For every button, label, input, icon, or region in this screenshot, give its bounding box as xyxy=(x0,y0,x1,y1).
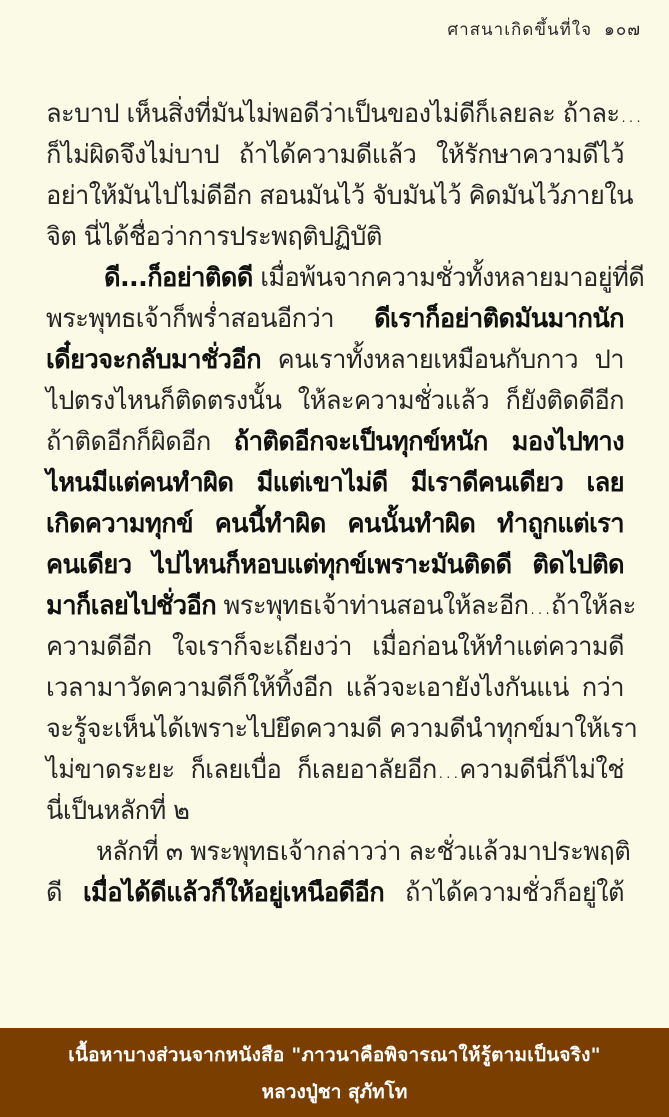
text-segment: หลักที่ ๓ พระพุทธเจ้ากล่าวว่า ละชั่วแล้ว… xyxy=(96,837,630,867)
text-line: เกิดความทุกข์ คนนี้ทำผิด คนนั้นทำผิด ทำถ… xyxy=(46,504,624,545)
book-page: ศาสนาเกิดขึ้นที่ใจ๑๐๗ ละบาป เห็นสิ่งที่ม… xyxy=(0,0,669,1028)
text-line: ไม่ขาดระยะ ก็เลยเบื่อ ก็เลยอาลัยอีก...คว… xyxy=(46,750,624,791)
text-line: หลักที่ ๓ พระพุทธเจ้ากล่าวว่า ละชั่วแล้ว… xyxy=(46,832,624,873)
emphasized-text: เกิดความทุกข์ คนนี้ทำผิด คนนั้นทำผิด ทำถ… xyxy=(46,509,624,539)
emphasized-text: ดี...ก็อย่าติดดี xyxy=(104,263,253,293)
text-line: ดี เมื่อได้ดีแล้วก็ให้อยู่เหนือดีอีก ถ้า… xyxy=(46,873,624,914)
text-line: เดี๋ยวจะกลับมาชั่วอีก คนเราทั้งหลายเหมือ… xyxy=(46,340,624,381)
text-line: ความดีอีก ใจเราก็จะเถียงว่า เมื่อก่อนให้… xyxy=(46,627,624,668)
text-line: ถ้าติดอีกก็ผิดอีก ถ้าติดอีกจะเป็นทุกข์หน… xyxy=(46,422,624,463)
text-line: มาก็เลยไปชั่วอีก พระพุทธเจ้าท่านสอนให้ละ… xyxy=(46,586,624,627)
text-segment: เวลามาวัดความดีก็ให้ทิ้งอีก แล้วจะเอายัง… xyxy=(46,673,624,703)
chapter-title: ศาสนาเกิดขึ้นที่ใจ xyxy=(447,20,592,40)
page-number: ๑๐๗ xyxy=(604,20,641,40)
text-line: ก็ไม่ผิดจึงไม่บาป ถ้าได้ความดีแล้ว ให้รั… xyxy=(46,135,624,176)
text-line: พระพุทธเจ้าก็พร่ำสอนอีกว่า ดีเราก็อย่าติ… xyxy=(46,299,624,340)
text-segment: ดี xyxy=(46,878,83,908)
source-book-title: เนื้อหาบางส่วนจากหนังสือ "ภาวนาคือพิจารณ… xyxy=(0,1040,669,1070)
text-segment: ก็ไม่ผิดจึงไม่บาป ถ้าได้ความดีแล้ว ให้รั… xyxy=(46,140,624,170)
emphasized-text: ถ้าติดอีกจะเป็นทุกข์หนัก มองไปทาง xyxy=(234,427,624,457)
emphasized-text: ดีเราก็อย่าติดมันมากนัก xyxy=(374,304,624,334)
source-banner: เนื้อหาบางส่วนจากหนังสือ "ภาวนาคือพิจารณ… xyxy=(0,1028,669,1117)
text-segment: อย่าให้มันไปไม่ดีอีก สอนมันไว้ จับมันไว้… xyxy=(46,181,633,211)
text-segment: ถ้าได้ความชั่วก็อยู่ใต้ xyxy=(384,878,624,908)
text-segment: จิต นี่ได้ชื่อว่าการประพฤติปฏิบัติ xyxy=(46,222,382,252)
text-line: ไปตรงไหนก็ติดตรงนั้น ให้ละความชั่วแล้ว ก… xyxy=(46,381,624,422)
emphasized-text: มาก็เลยไปชั่วอีก xyxy=(46,591,216,621)
text-segment: พระพุทธเจ้าก็พร่ำสอนอีกว่า xyxy=(46,304,374,334)
emphasized-text: คนเดียว ไปไหนก็หอบแต่ทุกข์เพราะมันติดดี … xyxy=(46,550,624,580)
text-line: ไหนมีแต่คนทำผิด มีแต่เขาไม่ดี มีเราดีคนเ… xyxy=(46,463,624,504)
emphasized-text: ไหนมีแต่คนทำผิด มีแต่เขาไม่ดี มีเราดีคนเ… xyxy=(46,468,624,498)
text-segment: จะรู้จะเห็นได้เพราะไปยึดความดี ความดีนำท… xyxy=(46,714,637,744)
body-text: ละบาป เห็นสิ่งที่มันไม่พอดีว่าเป็นของไม่… xyxy=(46,94,624,914)
text-line: จิต นี่ได้ชื่อว่าการประพฤติปฏิบัติ xyxy=(46,217,624,258)
text-line: อย่าให้มันไปไม่ดีอีก สอนมันไว้ จับมันไว้… xyxy=(46,176,624,217)
text-line: คนเดียว ไปไหนก็หอบแต่ทุกข์เพราะมันติดดี … xyxy=(46,545,624,586)
text-line: จะรู้จะเห็นได้เพราะไปยึดความดี ความดีนำท… xyxy=(46,709,624,750)
text-line: ดี...ก็อย่าติดดี เมื่อพ้นจากความชั่วทั้ง… xyxy=(46,258,624,299)
emphasized-text: เดี๋ยวจะกลับมาชั่วอีก xyxy=(46,345,261,375)
text-segment: ไม่ขาดระยะ ก็เลยเบื่อ ก็เลยอาลัยอีก...คว… xyxy=(46,755,624,785)
emphasized-text: เมื่อได้ดีแล้วก็ให้อยู่เหนือดีอีก xyxy=(83,878,384,908)
text-line: นี่เป็นหลักที่ ๒ xyxy=(46,791,624,832)
running-head: ศาสนาเกิดขึ้นที่ใจ๑๐๗ xyxy=(447,16,641,43)
text-line: เวลามาวัดความดีก็ให้ทิ้งอีก แล้วจะเอายัง… xyxy=(46,668,624,709)
text-segment: ถ้าติดอีกก็ผิดอีก xyxy=(46,427,234,457)
text-segment: ละบาป เห็นสิ่งที่มันไม่พอดีว่าเป็นของไม่… xyxy=(46,99,642,129)
text-segment: นี่เป็นหลักที่ ๒ xyxy=(46,796,189,826)
text-segment: คนเราทั้งหลายเหมือนกับกาว ปา xyxy=(261,345,624,375)
text-segment: ไปตรงไหนก็ติดตรงนั้น ให้ละความชั่วแล้ว ก… xyxy=(46,386,624,416)
source-author: หลวงปู่ชา สุภัทโท xyxy=(0,1077,669,1107)
text-segment: เมื่อพ้นจากความชั่วทั้งหลายมาอยู่ที่ดี xyxy=(253,263,645,293)
text-segment: พระพุทธเจ้าท่านสอนให้ละอีก...ถ้าให้ละ xyxy=(216,591,636,621)
text-line: ละบาป เห็นสิ่งที่มันไม่พอดีว่าเป็นของไม่… xyxy=(46,94,624,135)
text-segment: ความดีอีก ใจเราก็จะเถียงว่า เมื่อก่อนให้… xyxy=(46,632,624,662)
